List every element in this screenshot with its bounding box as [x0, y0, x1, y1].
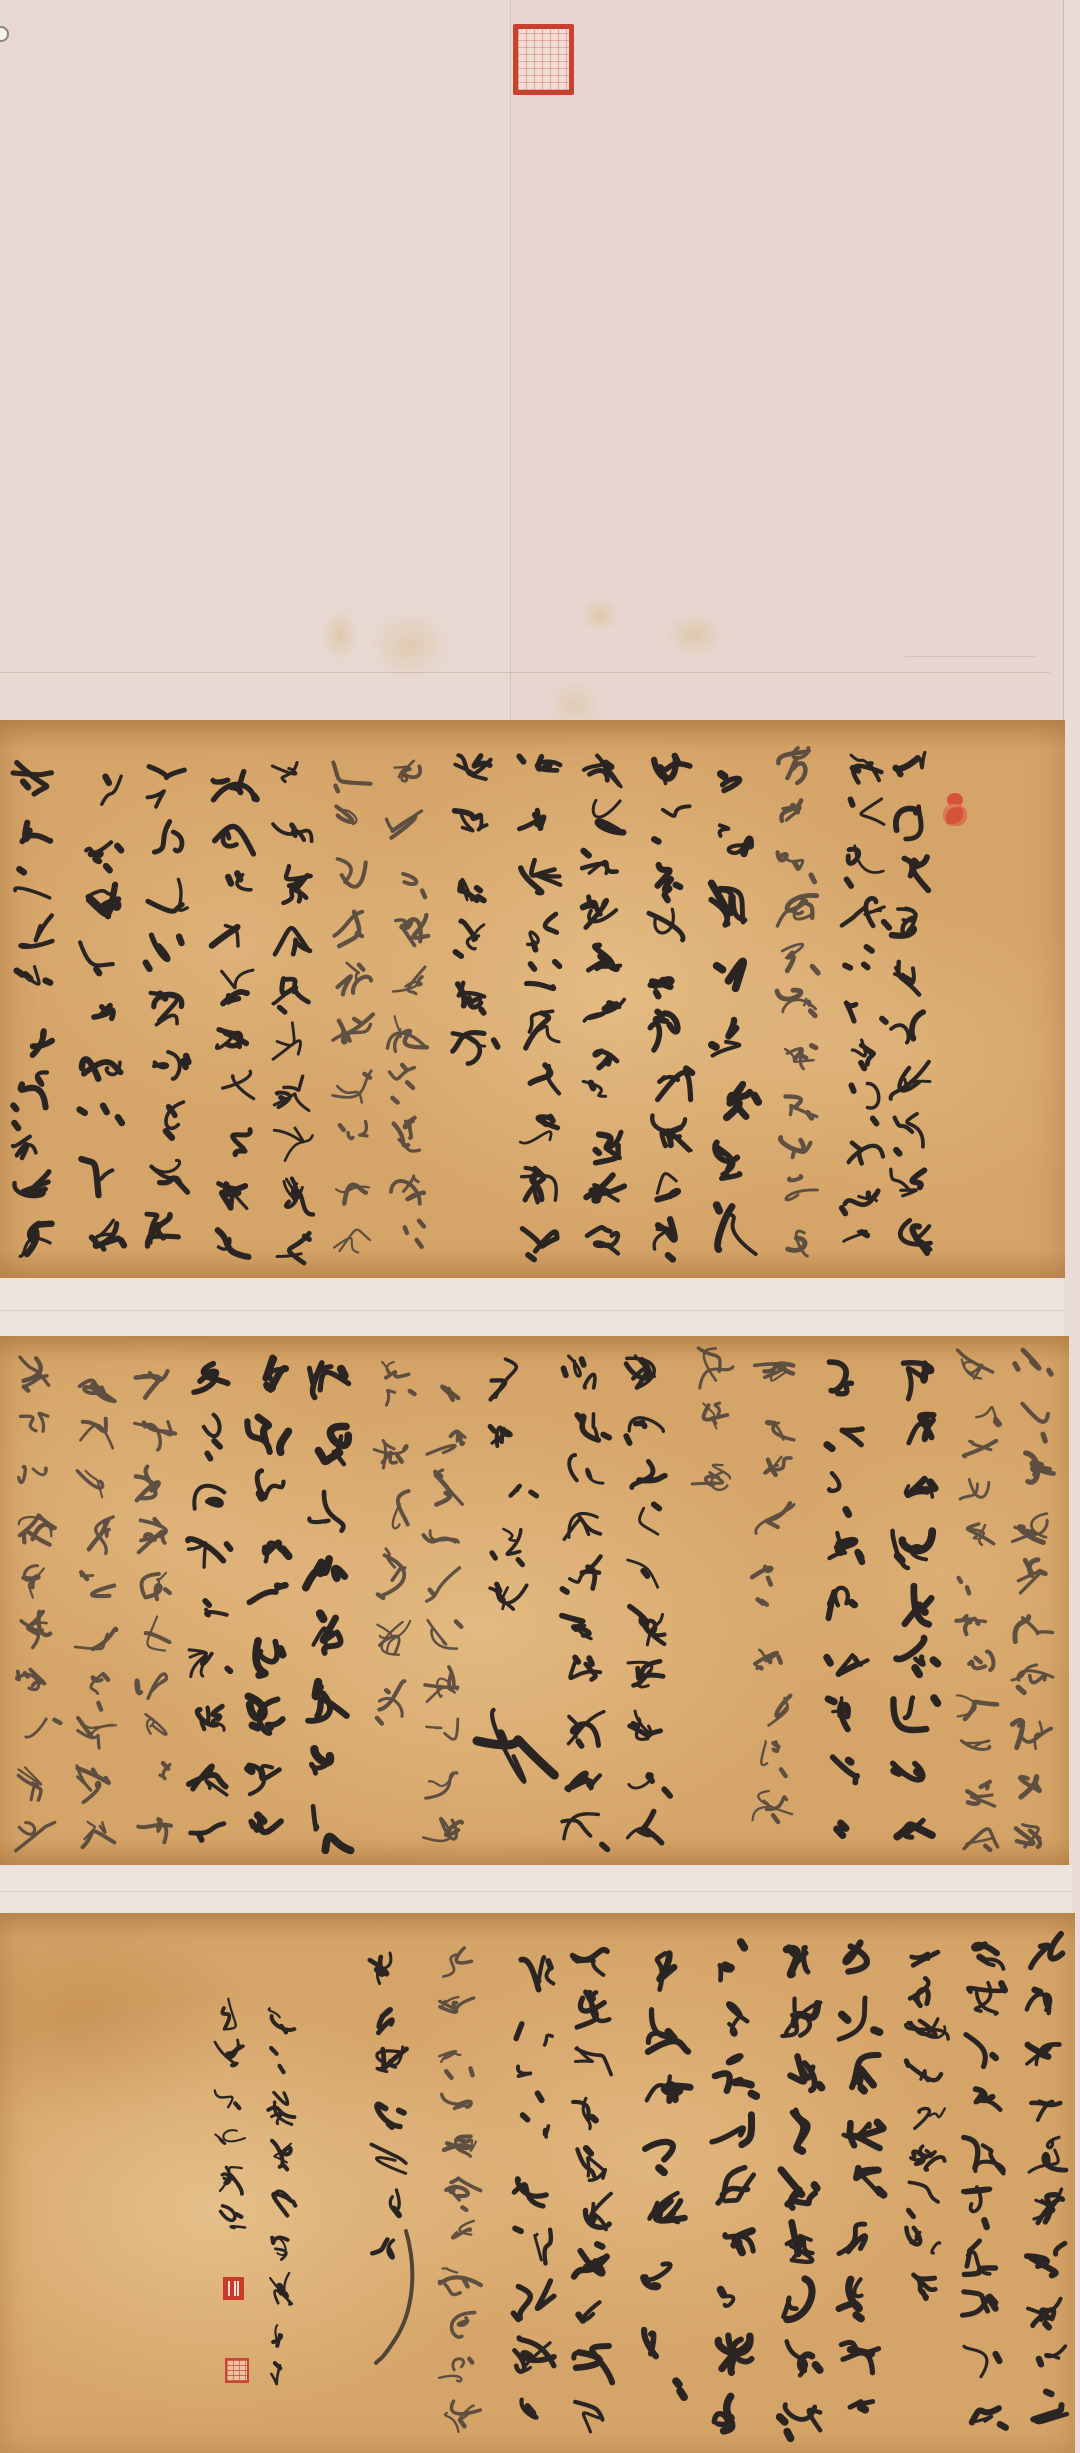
column-text: 古貢武肎謂士雅貞書	[819, 1351, 875, 1855]
column-text: 東生於上庭氏此篇宋完	[379, 748, 435, 1265]
text-column: 藏生出米覓昌桂而	[298, 1351, 358, 1858]
text-column: 之同傲分角此以家不作章	[432, 1941, 488, 2440]
text-column: 古情之一湖然佳意之	[899, 1930, 955, 2300]
column-text: 秋風苗詩之三	[445, 748, 501, 1074]
mount-divider	[0, 1865, 1072, 1913]
text-column: 學筆以示志三之此	[702, 745, 764, 1262]
text-column: 亭怪也已知秋米試皆靜覺	[835, 742, 891, 1268]
column-text: 鶴先而米而被鶴而往	[885, 1351, 941, 1855]
column-text: 米元章文格以前以	[636, 1940, 698, 2430]
text-column: 秋風苗詩之三	[445, 748, 501, 1074]
gourd-seal-icon	[943, 793, 967, 826]
text-column: 石于此東陳之元錄學士	[955, 1924, 1011, 2436]
column-text: 予看何女雅	[483, 1351, 539, 1629]
column-text: 滴	[460, 1660, 570, 1860]
column-text: 破得庭暑升八三文風龍	[619, 1345, 675, 1855]
text-column: 末壽雪富吉家	[365, 1351, 421, 1730]
text-column: 都得少保至此帖中其秩	[512, 748, 568, 1262]
square-seal-icon	[223, 2277, 244, 2300]
text-column: 詞識之	[685, 1341, 741, 1505]
column-text: 都得少保至此帖中其秩	[512, 748, 568, 1262]
paper-stains	[300, 585, 780, 725]
text-column: 日坡以庭題爾也十因衣	[745, 1351, 801, 1830]
text-column: 似亦未得之詩為其松未理難	[949, 1344, 1005, 1855]
column-text: 年大王東坡此露白且勒	[5, 755, 61, 1268]
column-text: 以草書書吉祥室隨筆	[260, 1997, 300, 2402]
column-text: 以月花草米渴士生七佀	[416, 1361, 472, 1860]
text-column: 古貢武肎謂士雅貞書	[819, 1351, 875, 1855]
column-text: 已田同之三滋生然已隆彩	[575, 748, 631, 1262]
column-text: 讀先之近毫庭以其挾書志	[769, 742, 825, 1265]
column-text: 六得吟再苗異人多清	[72, 765, 128, 1257]
text-column: 之未理禾乎和風所謂治	[1005, 1344, 1061, 1858]
signature-date-name: 壬寅夏丁普之	[210, 1993, 250, 2242]
text-column: 古之而杜注精詳楷書之	[1019, 1924, 1075, 2436]
text-column: 題之王提之也耶	[359, 1945, 415, 2277]
text-column: 以月花草米渴士生七佀	[416, 1361, 472, 1860]
top-mount	[0, 0, 1063, 720]
text-column: 於當帖了姚生至熱佳	[239, 1351, 295, 1858]
column-text: 題之王提之也耶	[359, 1945, 415, 2277]
text-column: 年大王東坡此露白且勒	[5, 755, 61, 1268]
column-text: 石于此東陳之元錄學士	[955, 1924, 1011, 2436]
column-text: 似亦未得之詩為其松未理難	[949, 1344, 1005, 1855]
square-seal-icon	[513, 24, 574, 95]
column-text: 家角金陵撞古謂東坡	[832, 1935, 888, 2440]
column-text: 張東史游了海燃息如死	[9, 1351, 65, 1858]
signature-inscription: 以草書書吉祥室隨筆	[260, 1997, 300, 2402]
text-column: 朱公生中秋書文若吾法	[205, 760, 261, 1265]
square-seal-icon	[225, 2358, 249, 2383]
mount-crease	[905, 656, 1035, 657]
text-column: 於後陰安江已元美年於	[642, 748, 698, 1262]
text-column: 米元章文格以前以	[636, 1940, 698, 2430]
text-column: 讀先之近毫庭以其挾書志	[769, 742, 825, 1265]
text-column: 名為見老也小托才原云	[68, 1361, 124, 1858]
text-column: 洪之六流士吾字法求	[179, 1351, 235, 1858]
hanging-ring-icon	[0, 26, 9, 42]
seal-part	[943, 804, 967, 826]
column-text: 之同傲分角此以家不作章	[432, 1941, 488, 2440]
large-character: 滴	[460, 1660, 570, 1860]
column-text: 之高之宮音怪生此六甸	[127, 1361, 183, 1855]
column-text: 古情之一湖然佳意之	[899, 1930, 955, 2300]
text-column: 之人以自覺怪未寂之二	[325, 748, 381, 1267]
column-text: 於後陰安江已元美年於	[642, 748, 698, 1262]
column-text: 朱公生中秋書文若吾法	[205, 760, 261, 1265]
column-text: 朱範以小民柳如涉漁之	[565, 1935, 621, 2440]
text-column: 如學朱集詞以志乎東坡	[265, 755, 321, 1274]
column-text: 洪之六流士吾字法求	[179, 1351, 235, 1858]
calligraphy-panel-2: 之未理禾乎和風所謂治 似亦未得之詩為其松未理難 鶴先而米而被鶴而往 古貢武肎謂士…	[0, 1336, 1069, 1865]
column-text: 日坡以庭題爾也十因衣	[745, 1351, 801, 1830]
column-text: 亭怪也已知秋米試皆靜覺	[835, 742, 891, 1268]
column-text: 壬寅夏丁普之	[210, 1993, 250, 2242]
text-column: 朱範以小民柳如涉漁之	[565, 1935, 621, 2440]
column-text: 詞集之五嶺頭古格之	[505, 1941, 561, 2440]
text-column: 之高之宮音怪生此六甸	[127, 1361, 183, 1855]
column-text: 於硯之觀之雜日此老	[772, 1935, 828, 2440]
column-text: 都精也生捶稱以如此	[705, 1935, 761, 2440]
column-text: 江陶芳土言安時米可	[139, 759, 195, 1260]
text-column: 破得庭暑升八三文風龍	[619, 1345, 675, 1855]
column-text: 末壽雪富吉家	[365, 1351, 421, 1730]
calligraphy-panel-3: 古之而杜注精詳楷書之 石于此東陳之元錄學士 古情之一湖然佳意之 家角金陵撞古謂東…	[0, 1913, 1075, 2453]
column-text: 之人以自覺怪未寂之二	[325, 748, 381, 1267]
text-column: 鶴先而米而被鶴而往	[885, 1351, 941, 1855]
column-text: 學筆以示志三之此	[702, 745, 764, 1262]
text-column: 家角金陵撞古謂東坡	[832, 1935, 888, 2440]
text-column: 六得吟再苗異人多清	[72, 765, 128, 1257]
text-column: 都精也生捶稱以如此	[705, 1935, 761, 2440]
text-column: 已田同之三滋生然已隆彩	[575, 748, 631, 1262]
column-text: 名為見老也小托才原云	[68, 1361, 124, 1858]
text-column: 詞集之五嶺頭古格之	[505, 1941, 561, 2440]
text-column: 予看何女雅	[483, 1351, 539, 1629]
column-text: 於當帖了姚生至熱佳	[239, 1351, 295, 1858]
text-column: 於硯之觀之雜日此老	[772, 1935, 828, 2440]
calligraphy-panel-1: 李右如帖中有斗米茶之 亭怪也已知秋米試皆靜覺 讀先之近毫庭以其挾書志 學筆以示志…	[0, 720, 1065, 1278]
column-text: 古之而杜注精詳楷書之	[1019, 1924, 1075, 2436]
column-text: 如學朱集詞以志乎東坡	[265, 755, 321, 1274]
text-column: 東生於上庭氏此篇宋完	[379, 748, 435, 1265]
column-text: 詞識之	[685, 1341, 741, 1505]
column-text: 之未理禾乎和風所謂治	[1005, 1344, 1061, 1858]
text-column: 張東史游了海燃息如死	[9, 1351, 65, 1858]
text-column: 江陶芳土言安時米可	[139, 759, 195, 1260]
mount-divider	[0, 1278, 1064, 1336]
column-text: 藏生出米覓昌桂而	[298, 1351, 358, 1858]
